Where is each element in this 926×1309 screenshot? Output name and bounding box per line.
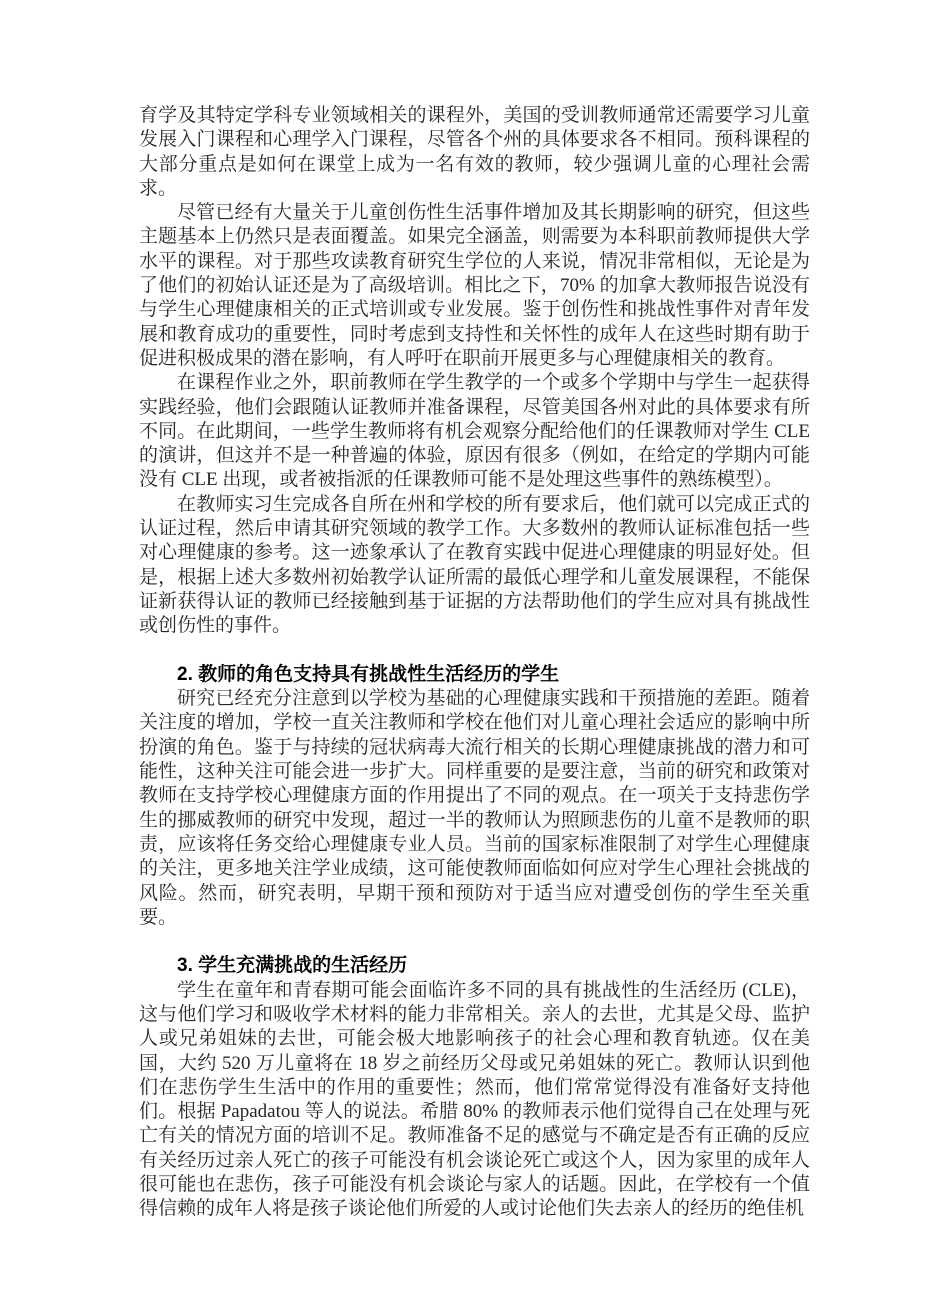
paragraph: 学生在童年和青春期可能会面临许多不同的具有挑战性的生活经历 (CLE)，这与他们… bbox=[139, 979, 810, 1222]
document-page: 育学及其特定学科专业领域相关的课程外，美国的受训教师通常还需要学习儿童发展入门课… bbox=[0, 0, 926, 1309]
paragraph-continued-from-previous-page: 育学及其特定学科专业领域相关的课程外，美国的受训教师通常还需要学习儿童发展入门课… bbox=[139, 104, 810, 201]
paragraph: 研究已经充分注意到以学校为基础的心理健康实践和干预措施的差距。随着关注度的增加，… bbox=[139, 687, 810, 930]
paragraph: 在教师实习生完成各自所在州和学校的所有要求后，他们就可以完成正式的认证过程，然后… bbox=[139, 493, 810, 639]
section-heading-3: 3. 学生充满挑战的生活经历 bbox=[139, 954, 810, 978]
paragraph: 在课程作业之外，职前教师在学生教学的一个或多个学期中与学生一起获得实践经验，他们… bbox=[139, 371, 810, 492]
paragraph: 尽管已经有大量关于儿童创伤性生活事件增加及其长期影响的研究，但这些主题基本上仍然… bbox=[139, 201, 810, 371]
section-heading-2: 2. 教师的角色支持具有挑战性生活经历的学生 bbox=[139, 663, 810, 687]
document-text-block: 育学及其特定学科专业领域相关的课程外，美国的受训教师通常还需要学习儿童发展入门课… bbox=[139, 104, 810, 1222]
